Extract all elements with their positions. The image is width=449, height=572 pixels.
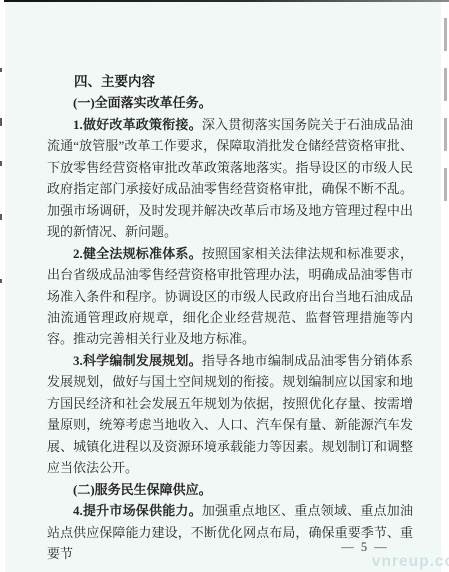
paragraph-3-text: 指导各地市编制成品油零售分销体系发展规划，做好与国土空间规划的衔接。规划编制应以… <box>47 353 413 475</box>
scan-artifact-left-mark <box>0 118 2 126</box>
paragraph-1-lead: 1.做好改革政策衔接。 <box>73 117 202 132</box>
section-heading: 四、主要内容 <box>47 71 413 92</box>
watermark: vnreup.co <box>372 553 449 571</box>
paragraph-4-lead: 4.提升市场保供能力。 <box>73 503 202 518</box>
document-content: 四、主要内容 (一)全面落实改革任务。 1.做好改革政策衔接。深入贯彻落实国务院… <box>47 71 413 564</box>
scan-artifact-left-mark <box>0 68 2 72</box>
paragraph-3-lead: 3.科学编制发展规划。 <box>73 353 202 368</box>
scan-artifact-left-mark <box>0 214 2 220</box>
scan-artifact-right-edge-dashes <box>444 18 447 208</box>
paragraph-1: 1.做好改革政策衔接。深入贯彻落实国务院关于石油成品油流通“放管服”改革工作要求… <box>47 114 413 243</box>
paragraph-2-lead: 2.健全法规标准体系。 <box>73 246 202 261</box>
subsection-heading-1: (一)全面落实改革任务。 <box>47 92 413 113</box>
paragraph-2: 2.健全法规标准体系。按照国家相关法律法规和标准要求，出台省级成品油零售经营资格… <box>47 243 413 350</box>
paragraph-3: 3.科学编制发展规划。指导各地市编制成品油零售分销体系发展规划，做好与国土空间规… <box>47 350 413 479</box>
scan-artifact-left-mark <box>0 161 2 166</box>
scan-artifact-top-line <box>4 0 449 2</box>
scan-artifact-left-mark <box>0 279 2 283</box>
paragraph-1-text: 深入贯彻落实国务院关于石油成品油流通“放管服”改革工作要求，保障取消批发仓储经营… <box>47 117 413 239</box>
subsection-heading-2: (二)服务民生保障供应。 <box>47 479 413 500</box>
